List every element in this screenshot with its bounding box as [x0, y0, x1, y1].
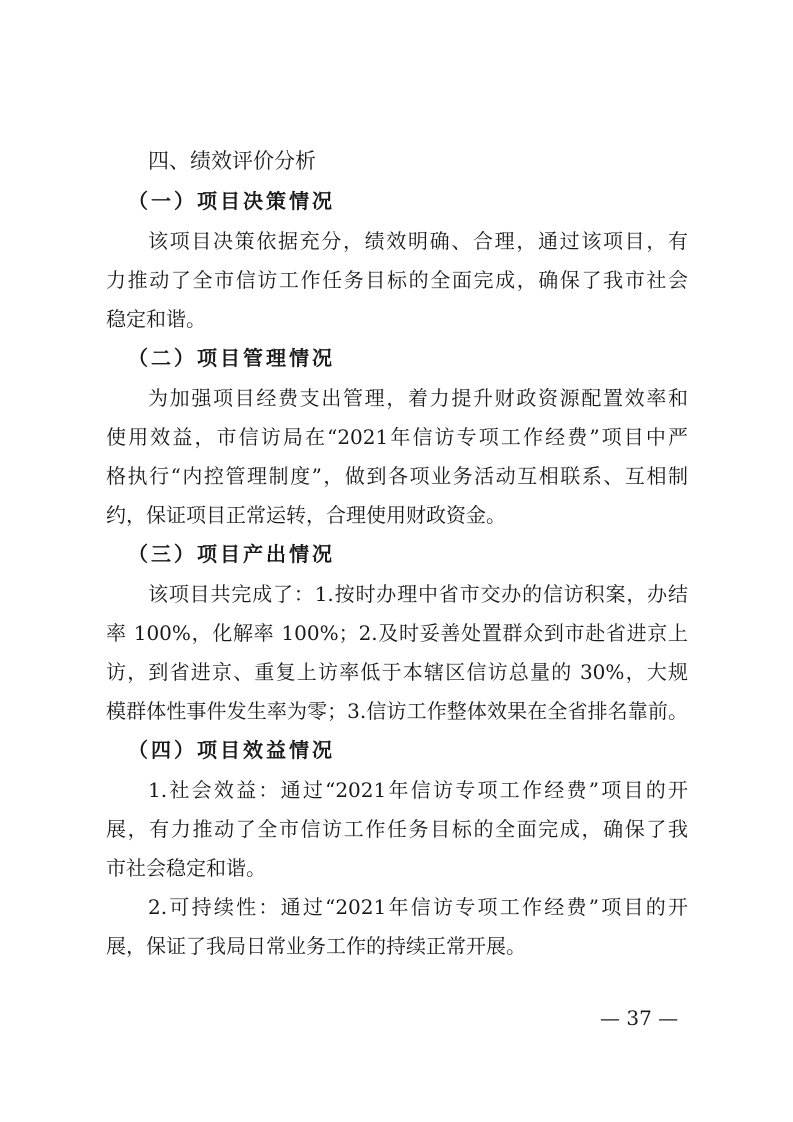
paragraph-line: 该项目决策依据充分，绩效明确、合理，通过该项目，有 — [148, 226, 688, 256]
paragraph-line: 格执行“内控管理制度”，做到各项业务活动互相联系、互相制 — [106, 461, 688, 491]
paragraph-line: 稳定和谐。 — [106, 304, 688, 334]
paragraph-line: 展，有力推动了全市信访工作任务目标的全面完成，确保了我 — [106, 814, 688, 844]
paragraph-line: 1.社会效益：通过“2021年信访专项工作经费”项目的开 — [148, 775, 688, 805]
paragraph-line: 率 100%，化解率 100%；2.及时妥善处置群众到市赴省进京上 — [106, 618, 688, 648]
subsection-heading-1: （一）项目决策情况 — [128, 186, 335, 216]
paragraph-line: 访，到省进京、重复上访率低于本辖区信访总量的 30%，大规 — [106, 657, 688, 687]
document-page: 四、绩效评价分析 （一）项目决策情况 该项目决策依据充分，绩效明确、合理，通过该… — [0, 0, 793, 1122]
page-number: — 37 — — [600, 1005, 678, 1031]
paragraph-line: 展，保证了我局日常业务工作的持续正常开展。 — [106, 931, 688, 961]
paragraph-line: 为加强项目经费支出管理，着力提升财政资源配置效率和 — [148, 383, 688, 413]
paragraph-line: 使用效益，市信访局在“2021年信访专项工作经费”项目中严 — [106, 422, 688, 452]
section-title: 四、绩效评价分析 — [148, 146, 316, 176]
paragraph-line: 模群体性事件发生率为零；3.信访工作整体效果在全省排名靠前。 — [106, 696, 688, 726]
subsection-heading-4: （四）项目效益情况 — [128, 735, 335, 765]
paragraph-line: 该项目共完成了：1.按时办理中省市交办的信访积案，办结 — [148, 579, 688, 609]
paragraph-line: 力推动了全市信访工作任务目标的全面完成，确保了我市社会 — [106, 265, 688, 295]
subsection-heading-3: （三）项目产出情况 — [128, 539, 335, 569]
paragraph-line: 约，保证项目正常运转，合理使用财政资金。 — [106, 500, 688, 530]
paragraph-line: 2.可持续性：通过“2021年信访专项工作经费”项目的开 — [148, 892, 688, 922]
paragraph-line: 市社会稳定和谐。 — [106, 853, 688, 883]
subsection-heading-2: （二）项目管理情况 — [128, 343, 335, 373]
